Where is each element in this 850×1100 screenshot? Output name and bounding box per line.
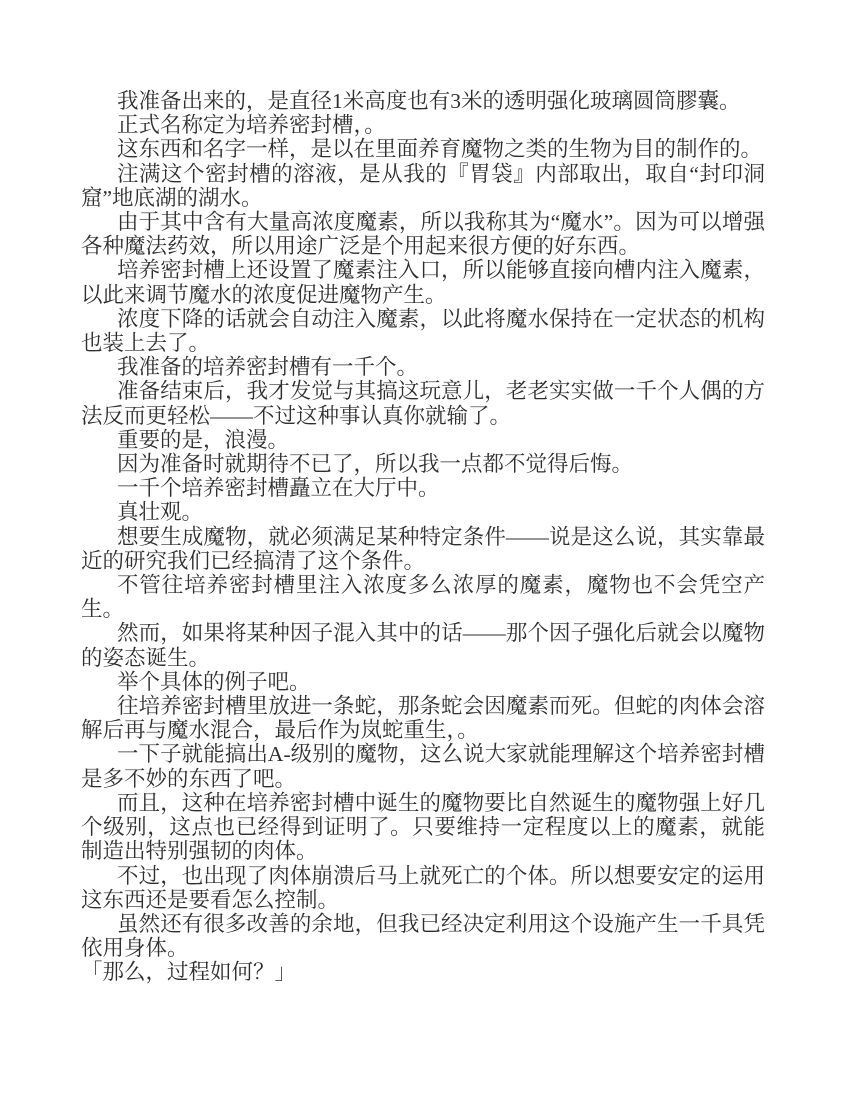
paragraph: 而且，这种在培养密封槽中诞生的魔物要比自然诞生的魔物强上好几个级别，这点也已经得… bbox=[81, 791, 765, 864]
paragraph: 一下子就能搞出A-级别的魔物，这么说大家就能理解这个培养密封槽是多不妙的东西了吧… bbox=[81, 742, 765, 790]
paragraph: 因为准备时就期待不已了，所以我一点都不觉得后悔。 bbox=[81, 452, 765, 476]
paragraph: 准备结束后，我才发觉与其搞这玩意儿，老老实实做一千个人偶的方法反而更轻松——不过… bbox=[81, 379, 765, 427]
paragraph: 想要生成魔物，就必须满足某种特定条件——说是这么说，其实靠最近的研究我们已经搞清… bbox=[81, 525, 765, 573]
paragraph: 由于其中含有大量高浓度魔素，所以我称其为“魔水”。因为可以增强各种魔法药效，所以… bbox=[81, 210, 765, 258]
paragraph: 往培养密封槽里放进一条蛇，那条蛇会因魔素而死。但蛇的肉体会溶解后再与魔水混合，最… bbox=[81, 694, 765, 742]
paragraph: 正式名称定为培养密封槽，。 bbox=[81, 113, 765, 137]
paragraph: 我准备的培养密封槽有一千个。 bbox=[81, 355, 765, 379]
paragraph: 举个具体的例子吧。 bbox=[81, 670, 765, 694]
paragraph: 然而，如果将某种因子混入其中的话——那个因子强化后就会以魔物的姿态诞生。 bbox=[81, 621, 765, 669]
paragraph: 不管往培养密封槽里注入浓度多么浓厚的魔素，魔物也不会凭空产生。 bbox=[81, 573, 765, 621]
paragraph: 不过，也出现了肉体崩溃后马上就死亡的个体。所以想要安定的运用这东西还是要看怎么控… bbox=[81, 864, 765, 912]
paragraph: 真壮观。 bbox=[81, 500, 765, 524]
paragraph: 注满这个密封槽的溶液，是从我的『胃袋』内部取出，取自“封印洞窟”地底湖的湖水。 bbox=[81, 162, 765, 210]
paragraph: 这东西和名字一样，是以在里面养育魔物之类的生物为目的制作的。 bbox=[81, 137, 765, 161]
text-body: 我准备出来的，是直径1米高度也有3米的透明强化玻璃圆筒膠囊。 正式名称定为培养密… bbox=[81, 89, 765, 985]
document-page: 我准备出来的，是直径1米高度也有3米的透明强化玻璃圆筒膠囊。 正式名称定为培养密… bbox=[0, 0, 850, 1100]
paragraph: 我准备出来的，是直径1米高度也有3米的透明强化玻璃圆筒膠囊。 bbox=[81, 89, 765, 113]
paragraph: 一千个培养密封槽矗立在大厅中。 bbox=[81, 476, 765, 500]
dialogue-line: 「那么，过程如何？」 bbox=[81, 960, 765, 984]
paragraph: 虽然还有很多改善的余地，但我已经决定利用这个设施产生一千具凭依用身体。 bbox=[81, 912, 765, 960]
paragraph: 培养密封槽上还设置了魔素注入口，所以能够直接向槽内注入魔素，以此来调节魔水的浓度… bbox=[81, 258, 765, 306]
paragraph: 重要的是，浪漫。 bbox=[81, 428, 765, 452]
paragraph: 浓度下降的话就会自动注入魔素，以此将魔水保持在一定状态的机构也装上去了。 bbox=[81, 307, 765, 355]
